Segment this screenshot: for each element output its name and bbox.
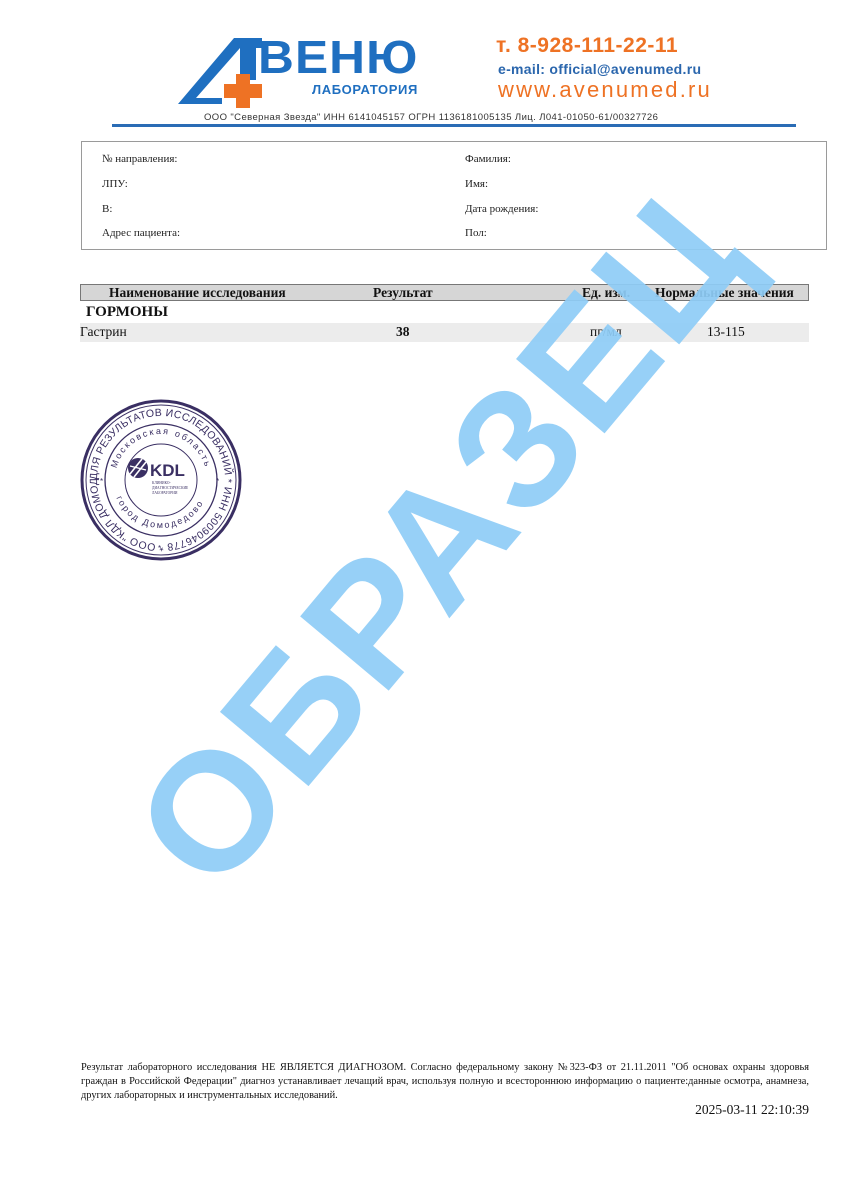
- stamp-logo-sub-3: ЛАБОРАТОРИИ: [152, 491, 178, 495]
- brand-subtitle: ЛАБОРАТОРИЯ: [312, 82, 418, 97]
- referral-number-label: № направления:: [102, 153, 177, 165]
- company-requisites: ООО "Северная Звезда" ИНН 6141045157 ОГР…: [204, 112, 658, 123]
- test-name: Гастрин: [80, 324, 127, 340]
- surname-label: Фамилия:: [465, 153, 511, 165]
- column-header-reference: Нормальные значения: [655, 285, 794, 301]
- birthdate-label: Дата рождения:: [465, 203, 538, 215]
- patient-info-box: № направления: ЛПУ: В: Адрес пациента: Ф…: [81, 141, 827, 250]
- header-divider: [112, 124, 796, 127]
- kdl-stamp-icon: ДЛЯ РЕЗУЛЬТАТОВ ИССЛЕДОВАНИЙ * ИНН 50090…: [80, 398, 242, 562]
- stamp-logo-sub-2: ДИАГНОСТИЧЕСКИЕ: [152, 486, 189, 490]
- svg-text:*: *: [158, 544, 161, 553]
- report-timestamp: 2025-03-11 22:10:39: [695, 1102, 809, 1118]
- contact-website: www.avenumed.ru: [498, 77, 712, 103]
- letterhead: ВЕНЮ ЛАБОРАТОРИЯ т. 8-928-111-22-11 e-ma…: [110, 28, 800, 130]
- patient-address-label: Адрес пациента:: [102, 227, 180, 239]
- sex-label: Пол:: [465, 227, 487, 239]
- v-label: В:: [102, 203, 112, 215]
- table-row: Гастрин 38 пг/мл 13-115: [80, 323, 809, 342]
- test-unit: пг/мл: [590, 324, 622, 340]
- column-header-result: Результат: [373, 285, 433, 301]
- results-table: Наименование исследования Результат Ед. …: [80, 284, 809, 342]
- results-table-header: Наименование исследования Результат Ед. …: [80, 284, 809, 301]
- disclaimer-text: Результат лабораторного исследования НЕ …: [81, 1061, 809, 1103]
- test-reference: 13-115: [707, 324, 745, 340]
- stamp-logo-sub-1: КЛИНИКО-: [152, 481, 172, 485]
- stamp-logo-text: KDL: [150, 461, 185, 480]
- brand-name: ВЕНЮ: [258, 32, 418, 82]
- lpu-label: ЛПУ:: [102, 178, 128, 190]
- group-title: ГОРМОНЫ: [86, 304, 168, 321]
- name-label: Имя:: [465, 178, 488, 190]
- test-result: 38: [396, 324, 410, 340]
- column-header-unit: Ед. изм.: [582, 285, 630, 301]
- group-row: ГОРМОНЫ: [80, 301, 809, 323]
- svg-text:*: *: [100, 477, 103, 486]
- column-header-test-name: Наименование исследования: [109, 285, 286, 301]
- contact-phone: т. 8-928-111-22-11: [496, 34, 678, 58]
- svg-text:*: *: [216, 477, 219, 486]
- contact-email: e-mail: official@avenumed.ru: [498, 61, 701, 77]
